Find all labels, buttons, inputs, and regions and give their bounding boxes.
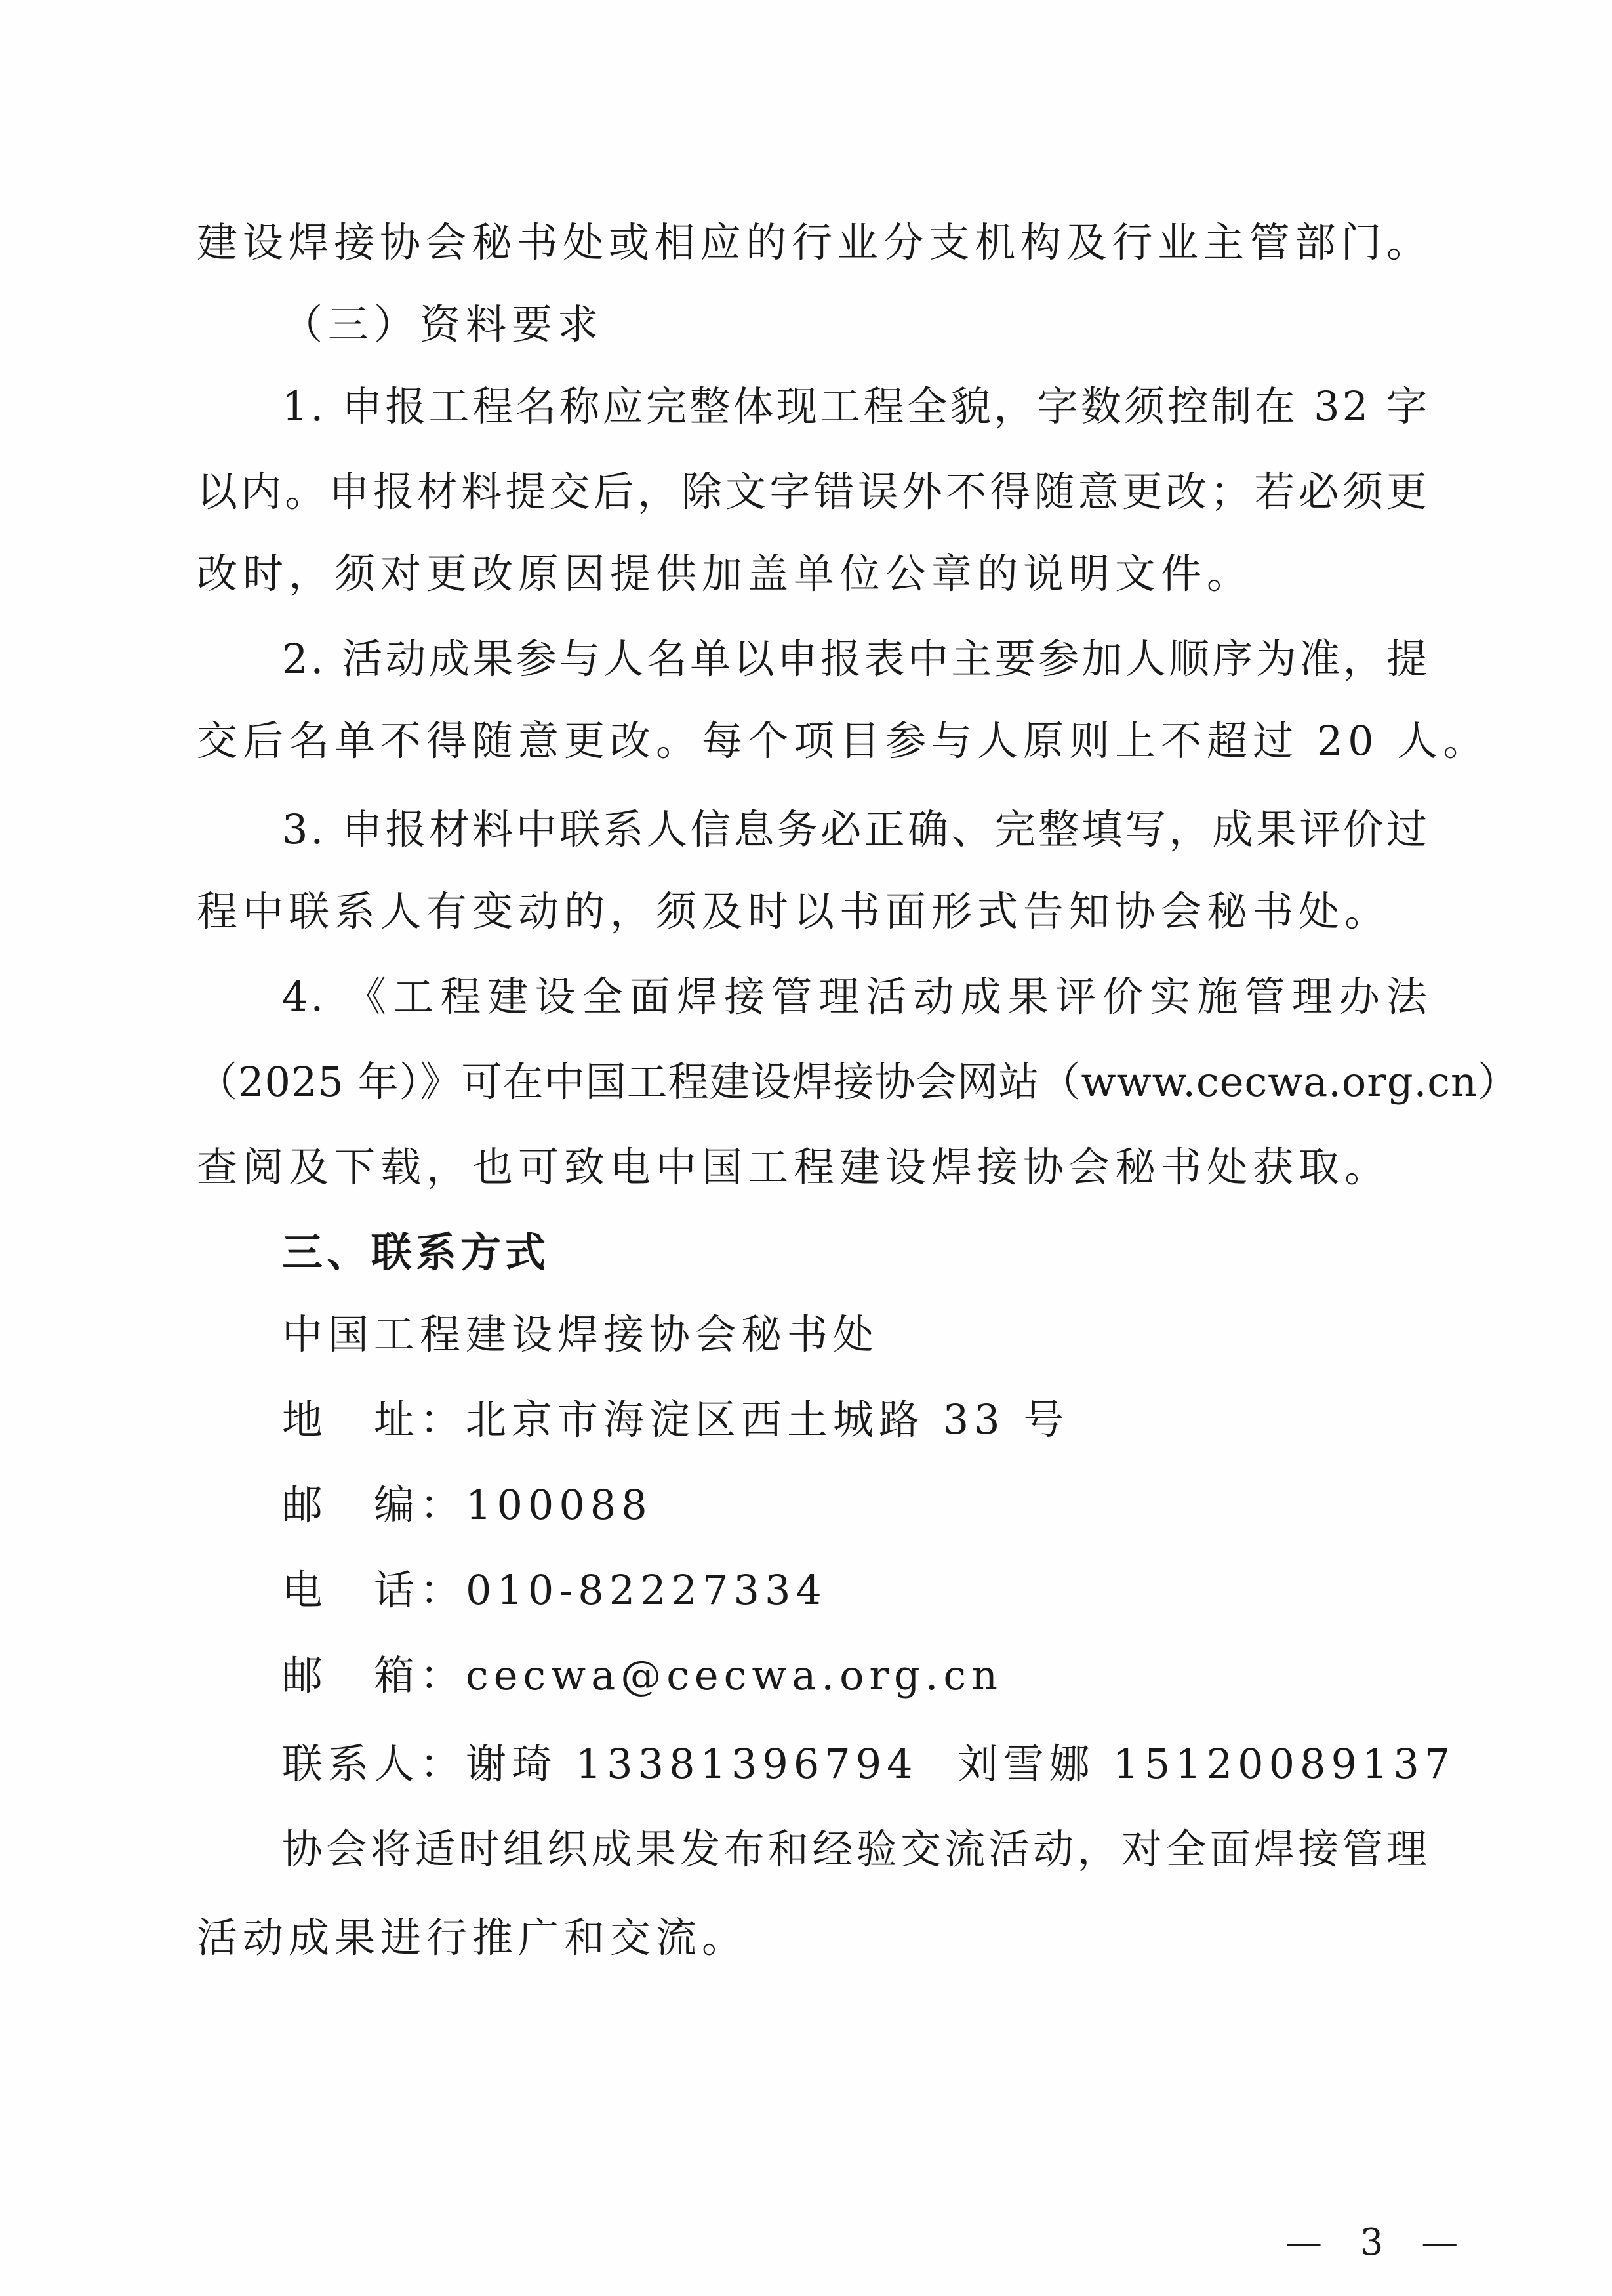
contact-phone-row: 电 话：010-82227334: [282, 1564, 1430, 1617]
contact-person-1: 谢琦 13381396794: [466, 1740, 918, 1788]
paragraph-line: 2. 活动成果参与人名单以申报表中主要参加人顺序为准，提: [282, 633, 1430, 685]
postcode-value: 100088: [466, 1481, 653, 1529]
subsection-heading: （三）资料要求: [282, 298, 1430, 351]
contact-email-row: 邮 箱：cecwa@cecwa.org.cn: [282, 1649, 1430, 1702]
contact-organization: 中国工程建设焊接协会秘书处: [282, 1308, 1430, 1361]
page-number: — 3 —: [1285, 2220, 1471, 2266]
section-heading-contact: 三、联系方式: [282, 1226, 1430, 1279]
email-label: 邮 箱：: [282, 1649, 466, 1702]
paragraph-line: 1. 申报工程名称应完整体现工程全貌，字数须控制在 32 字: [282, 380, 1430, 433]
paragraph-line: 程中联系人有变动的，须及时以书面形式告知协会秘书处。: [197, 885, 1430, 938]
address-label: 地 址：: [282, 1394, 466, 1446]
closing-line: 协会将适时组织成果发布和经验交流活动，对全面焊接管理: [282, 1823, 1430, 1876]
paragraph-line: 以内。申报材料提交后，除文字错误外不得随意更改；若必须更: [197, 466, 1430, 518]
phone-label: 电 话：: [282, 1564, 466, 1617]
paragraph-line: 改时，须对更改原因提供加盖单位公章的说明文件。: [197, 548, 1430, 600]
phone-value: 010-82227334: [466, 1566, 827, 1614]
paragraph-line: 4. 《工程建设全面焊接管理活动成果评价实施管理办法: [282, 971, 1430, 1023]
contact-address-row: 地 址：北京市海淀区西土城路 33 号: [282, 1394, 1430, 1446]
postcode-label: 邮 编：: [282, 1479, 466, 1531]
contact-person-row: 联系人：谢琦 13381396794刘雪娜 15120089137: [282, 1738, 1430, 1790]
contact-person-label: 联系人：: [282, 1738, 466, 1790]
paragraph-line: 交后名单不得随意更改。每个项目参与人原则上不超过 20 人。: [197, 715, 1430, 767]
contact-postcode-row: 邮 编：100088: [282, 1479, 1430, 1531]
paragraph-line: 建设焊接协会秘书处或相应的行业分支机构及行业主管部门。: [197, 216, 1430, 269]
paragraph-line: 3. 申报材料中联系人信息务必正确、完整填写，成果评价过: [282, 803, 1430, 856]
paragraph-line: 查阅及下载，也可致电中国工程建设焊接协会秘书处获取。: [197, 1141, 1430, 1194]
contact-person-2: 刘雪娜 15120089137: [957, 1740, 1456, 1788]
closing-line: 活动成果进行推广和交流。: [197, 1912, 1430, 1964]
email-value: cecwa@cecwa.org.cn: [466, 1651, 1003, 1699]
address-value: 北京市海淀区西土城路 33 号: [466, 1396, 1069, 1443]
paragraph-line: （2025 年）》可在中国工程建设焊接协会网站（www.cecwa.org.cn…: [197, 1056, 1430, 1108]
document-page: 建设焊接协会秘书处或相应的行业分支机构及行业主管部门。 （三）资料要求 1. 申…: [0, 0, 1612, 2296]
